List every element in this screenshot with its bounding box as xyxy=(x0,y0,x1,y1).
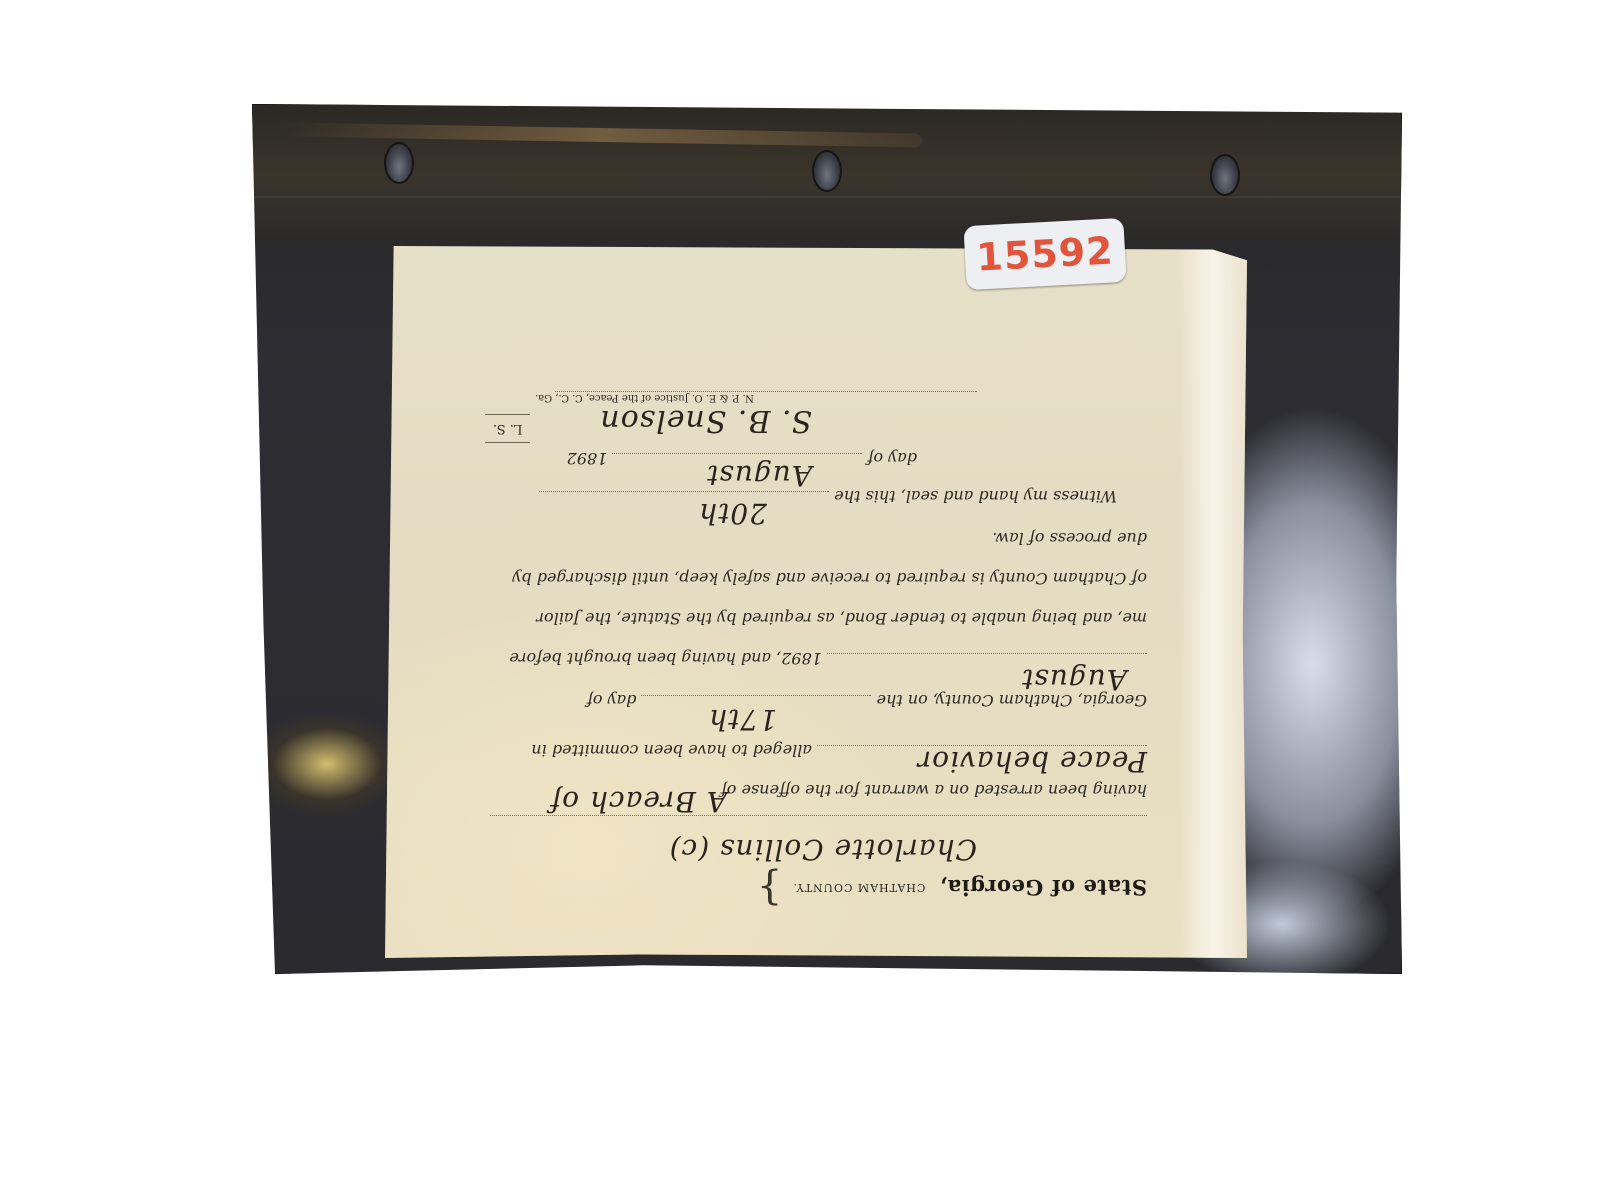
document-header: State of Georgia, CHATHAM COUNTY. } xyxy=(757,868,1147,908)
body-line-7: due process of law. xyxy=(490,529,1147,548)
sleeve-crease xyxy=(252,196,1402,198)
inventory-number: 15592 xyxy=(975,228,1114,279)
signature: S. B. Snelson xyxy=(599,403,812,438)
commitment-document: State of Georgia, CHATHAM COUNTY. } Char… xyxy=(385,246,1247,958)
binder-hole-center xyxy=(812,150,842,192)
signer-title: N. P. & E. O. Justice of the Peace, C. C… xyxy=(535,392,754,403)
body-line-5: me, and being unable to tender Bond, as … xyxy=(490,609,1147,628)
handwritten-witness-month: August xyxy=(706,459,812,492)
body-line-4: 1892, and having been brought before xyxy=(490,649,1147,668)
witness-date-line: day of 1892 xyxy=(490,449,917,468)
handwritten-name: Charlotte Collins (c) xyxy=(669,833,977,866)
seal-mark: L. S. xyxy=(485,414,530,443)
county-heading: CHATHAM COUNTY. xyxy=(792,882,925,895)
binder-hole-right xyxy=(1210,154,1240,196)
inventory-label: 15592 xyxy=(963,218,1126,290)
body-line-2: alleged to have been committed in xyxy=(490,741,1147,760)
body-line-6: of Chatham County is required to receive… xyxy=(490,569,1147,588)
state-heading: State of Georgia, xyxy=(939,876,1147,901)
handwritten-offense-1: A Breach of xyxy=(550,785,727,818)
sleeve-glare xyxy=(282,122,922,147)
handwritten-witness-day: 20th xyxy=(698,497,767,530)
header-brace: } xyxy=(757,868,782,908)
document-content-rotated: State of Georgia, CHATHAM COUNTY. } Char… xyxy=(385,246,1247,958)
binder-hole-left xyxy=(384,142,414,184)
handwritten-arrest-day: 17th xyxy=(708,703,777,736)
photo-stage: State of Georgia, CHATHAM COUNTY. } Char… xyxy=(0,0,1600,1200)
